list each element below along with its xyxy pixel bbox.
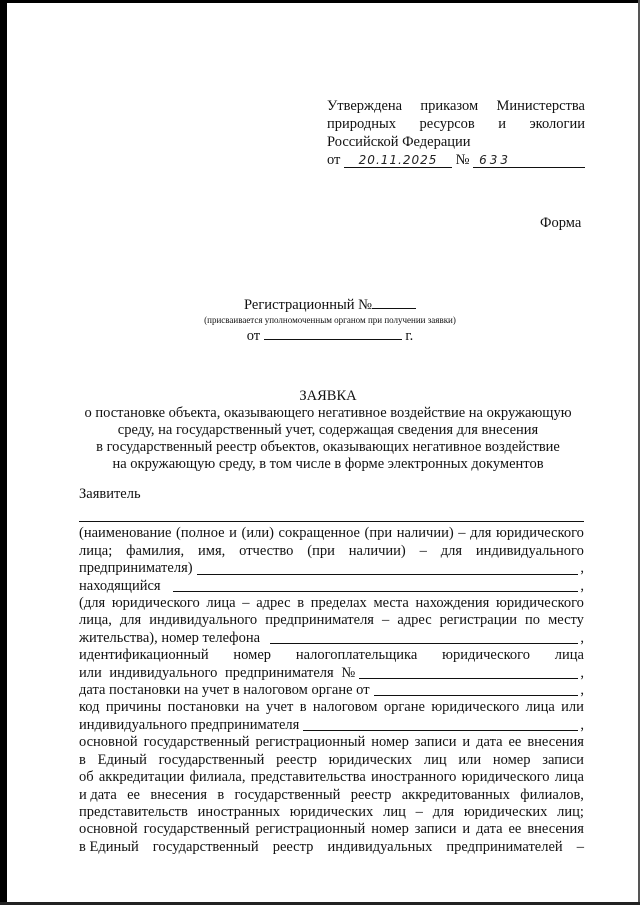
word: Единый bbox=[98, 752, 147, 769]
word: юридического bbox=[431, 699, 519, 716]
registration-date-suffix: г. bbox=[405, 328, 413, 344]
word: или bbox=[561, 699, 584, 716]
word: государственный bbox=[144, 734, 250, 751]
registration-label: Регистрационный № bbox=[244, 297, 372, 313]
word: юридического bbox=[442, 647, 530, 664]
word: для bbox=[470, 525, 491, 542]
registration-number-line: Регистрационный № bbox=[180, 295, 480, 314]
body-line-18: основнойгосударственныйрегистрационныйно… bbox=[79, 821, 584, 838]
body-line-1: (наименование(полноеи(или)сокращенное(пр… bbox=[79, 525, 584, 542]
word: реестр bbox=[351, 787, 392, 804]
entrepreneur-name-field[interactable] bbox=[197, 573, 579, 575]
word: адрес bbox=[397, 612, 431, 629]
approval-date-prefix: от bbox=[327, 152, 340, 168]
kpp-field[interactable] bbox=[303, 729, 578, 731]
applicant-section: Заявитель (наименование(полноеи(или)сокр… bbox=[79, 486, 584, 856]
word: сокращенное bbox=[279, 525, 360, 542]
word: учет bbox=[266, 699, 293, 716]
word: регистрационный bbox=[255, 734, 365, 751]
word: или bbox=[458, 752, 481, 769]
location-field[interactable] bbox=[173, 590, 579, 592]
word: для bbox=[120, 612, 141, 629]
approval-stamp: Утверждена приказом Министерства природн… bbox=[327, 97, 585, 169]
word: лица bbox=[555, 647, 584, 664]
word: в bbox=[300, 699, 307, 716]
word: по bbox=[525, 612, 540, 629]
body-line-16: и датаеевнесениявгосударственныйреестрак… bbox=[79, 787, 584, 804]
form-label: Форма bbox=[540, 215, 581, 232]
inn-label: или индивидуального предпринимателя № bbox=[79, 665, 355, 682]
word: налогоплательщика bbox=[296, 647, 418, 664]
word: места bbox=[373, 595, 408, 612]
word: представительств bbox=[79, 804, 188, 821]
approval-line-1: Утверждена приказом Министерства bbox=[327, 97, 585, 115]
approval-line-3: Российской Федерации bbox=[327, 133, 585, 151]
word: лица bbox=[555, 769, 584, 786]
word: (или) bbox=[242, 525, 274, 542]
word: филиалов, bbox=[520, 787, 584, 804]
word: в bbox=[217, 787, 224, 804]
word: предпринимателя bbox=[265, 612, 374, 629]
phone-label: жительства), номер телефона bbox=[79, 630, 260, 647]
word: (наименование bbox=[79, 525, 171, 542]
word: (полное bbox=[176, 525, 225, 542]
word: органе bbox=[384, 699, 425, 716]
word: имя, bbox=[198, 543, 225, 560]
word: реестр bbox=[273, 839, 314, 856]
word: (для bbox=[79, 595, 105, 612]
word: ее bbox=[127, 787, 140, 804]
word: записи bbox=[415, 821, 457, 838]
title-heading: ЗАЯВКА bbox=[70, 388, 586, 405]
word: наличии) bbox=[397, 525, 454, 542]
word: юридического bbox=[496, 525, 584, 542]
word: об bbox=[79, 769, 94, 786]
word: государственный bbox=[159, 752, 265, 769]
word: лиц; bbox=[557, 804, 584, 821]
word: – bbox=[458, 525, 465, 542]
applicant-name-field[interactable] bbox=[79, 507, 584, 522]
applicant-label: Заявитель bbox=[79, 486, 584, 503]
comma: , bbox=[580, 560, 584, 577]
title-subtitle-2: среду, на государственный учет, содержащ… bbox=[70, 422, 586, 439]
title-subtitle-4: на окружающую среду, в том числе в форме… bbox=[70, 456, 586, 473]
tax-registration-date-field[interactable] bbox=[374, 694, 579, 696]
word: нахождения bbox=[416, 595, 490, 612]
body-line-4: находящийся , bbox=[79, 578, 584, 595]
word: записи bbox=[415, 734, 457, 751]
approval-date-line: от 20.11.2025 № 633 bbox=[327, 151, 585, 169]
word: записи bbox=[542, 752, 584, 769]
kpp-label: индивидуального предпринимателя bbox=[79, 717, 299, 734]
location-label: находящийся bbox=[79, 578, 161, 595]
word: лица, bbox=[79, 612, 112, 629]
body-line-8: идентификационныйномерналогоплательщикаю… bbox=[79, 647, 584, 664]
body-line-7: жительства), номер телефона , bbox=[79, 630, 584, 647]
comma: , bbox=[580, 578, 584, 595]
word: и bbox=[229, 525, 237, 542]
approval-date-handwritten: 20.11.2025 bbox=[344, 153, 452, 168]
word: постановки bbox=[168, 699, 239, 716]
body-line-10: дата постановки на учет в налоговом орга… bbox=[79, 682, 584, 699]
entrepreneur-label: предпринимателя) bbox=[79, 560, 193, 577]
word: код bbox=[79, 699, 100, 716]
word: адрес bbox=[256, 595, 290, 612]
word: внесения bbox=[150, 787, 207, 804]
word: юридического bbox=[112, 595, 200, 612]
word: – bbox=[242, 595, 249, 612]
word: лица bbox=[206, 595, 235, 612]
word: номер bbox=[371, 821, 409, 838]
title-subtitle-1: о постановке объекта, оказывающего негат… bbox=[70, 405, 586, 422]
body-line-3: предпринимателя) , bbox=[79, 560, 584, 577]
body-line-19: в Единыйгосударственныйреестриндивидуаль… bbox=[79, 839, 584, 856]
word: индивидуального bbox=[149, 612, 257, 629]
word: внесения bbox=[527, 734, 584, 751]
word: пределах bbox=[311, 595, 367, 612]
word: юридических bbox=[329, 752, 413, 769]
body-line-11: кодпричиныпостановкинаучетвналоговоморга… bbox=[79, 699, 584, 716]
approval-number-handwritten: 633 bbox=[473, 153, 585, 168]
word: юридических bbox=[290, 804, 374, 821]
body-line-2: лица;фамилия,имя,отчество(приналичии)–дл… bbox=[79, 543, 584, 560]
word: дата bbox=[476, 821, 502, 838]
title-subtitle-3: в государственный реестр объектов, оказы… bbox=[70, 439, 586, 456]
scan-border-left bbox=[0, 0, 7, 905]
registration-date-field[interactable] bbox=[264, 326, 402, 340]
phone-field[interactable] bbox=[270, 642, 578, 644]
word: лица; bbox=[79, 543, 112, 560]
word: государственный bbox=[144, 821, 250, 838]
word: реестр bbox=[276, 752, 317, 769]
comma: , bbox=[580, 717, 584, 734]
word: представительства bbox=[251, 769, 366, 786]
registration-number-field[interactable] bbox=[372, 295, 416, 309]
word: основной bbox=[79, 734, 138, 751]
word: – bbox=[382, 612, 389, 629]
word: причины bbox=[106, 699, 161, 716]
word: номер bbox=[233, 647, 271, 664]
word: и bbox=[462, 734, 470, 751]
word: юридических bbox=[464, 804, 548, 821]
word: основной bbox=[79, 821, 138, 838]
tax-registration-date-label: дата постановки на учет в налоговом орга… bbox=[79, 682, 370, 699]
word: месту bbox=[548, 612, 584, 629]
word: регистрации bbox=[440, 612, 517, 629]
word: отчество bbox=[239, 543, 293, 560]
body-line-17: представительствиностранныхюридическихли… bbox=[79, 804, 584, 821]
registration-date-line: от г. bbox=[180, 326, 480, 346]
word: дата bbox=[476, 734, 502, 751]
word: государственный bbox=[153, 839, 259, 856]
body-line-5: (дляюридическоголица–адресвпределахместа… bbox=[79, 595, 584, 612]
word: индивидуального bbox=[476, 543, 584, 560]
word: налоговом bbox=[313, 699, 378, 716]
word: и дата bbox=[79, 787, 117, 804]
word: идентификационный bbox=[79, 647, 209, 664]
word: лиц bbox=[424, 752, 447, 769]
word: номер bbox=[493, 752, 531, 769]
word: номер bbox=[371, 734, 409, 751]
inn-field[interactable] bbox=[359, 677, 578, 679]
word: – bbox=[577, 839, 584, 856]
word: для bbox=[441, 543, 462, 560]
comma: , bbox=[580, 665, 584, 682]
word: лица bbox=[526, 699, 555, 716]
approval-number-prefix: № bbox=[456, 152, 470, 168]
word: внесения bbox=[527, 821, 584, 838]
word: на bbox=[245, 699, 259, 716]
registration-hint: (присваивается уполномоченным органом пр… bbox=[180, 314, 480, 326]
word: и bbox=[462, 821, 470, 838]
application-title: ЗАЯВКА о постановке объекта, оказывающег… bbox=[70, 388, 586, 473]
word: индивидуальных bbox=[327, 839, 432, 856]
registration-block: Регистрационный № (присваивается уполном… bbox=[180, 295, 480, 346]
word: фамилия, bbox=[126, 543, 184, 560]
word: для bbox=[433, 804, 454, 821]
word: (при bbox=[307, 543, 335, 560]
word: иностранного bbox=[371, 769, 456, 786]
word: лиц bbox=[383, 804, 406, 821]
body-line-6: лица,дляиндивидуальногопредпринимателя–а… bbox=[79, 612, 584, 629]
word: – bbox=[416, 804, 423, 821]
word: иностранных bbox=[198, 804, 280, 821]
comma: , bbox=[580, 630, 584, 647]
word: ее bbox=[508, 734, 521, 751]
body-line-9: или индивидуального предпринимателя № , bbox=[79, 665, 584, 682]
body-line-13: основнойгосударственныйрегистрационныйно… bbox=[79, 734, 584, 751]
word: ее bbox=[508, 821, 521, 838]
word: аккредитации bbox=[99, 769, 184, 786]
word: аккредитованных bbox=[402, 787, 510, 804]
word: (при bbox=[365, 525, 393, 542]
word: государственный bbox=[235, 787, 341, 804]
body-line-14: вЕдиныйгосударственныйреестрюридическихл… bbox=[79, 752, 584, 769]
word: юридического bbox=[462, 769, 550, 786]
body-line-15: обаккредитациифилиала,представительстваи… bbox=[79, 769, 584, 786]
word: юридического bbox=[496, 595, 584, 612]
word: предпринимателей bbox=[446, 839, 562, 856]
word: филиала, bbox=[189, 769, 245, 786]
word: в Единый bbox=[79, 839, 139, 856]
comma: , bbox=[580, 682, 584, 699]
registration-date-prefix: от bbox=[247, 328, 260, 344]
word: – bbox=[420, 543, 427, 560]
word: наличии) bbox=[349, 543, 406, 560]
word: регистрационный bbox=[255, 821, 365, 838]
scan-border-top bbox=[0, 0, 640, 3]
word: в bbox=[79, 752, 86, 769]
body-line-12: индивидуального предпринимателя , bbox=[79, 717, 584, 734]
word: в bbox=[297, 595, 304, 612]
approval-line-2: природных ресурсов и экологии bbox=[327, 115, 585, 133]
